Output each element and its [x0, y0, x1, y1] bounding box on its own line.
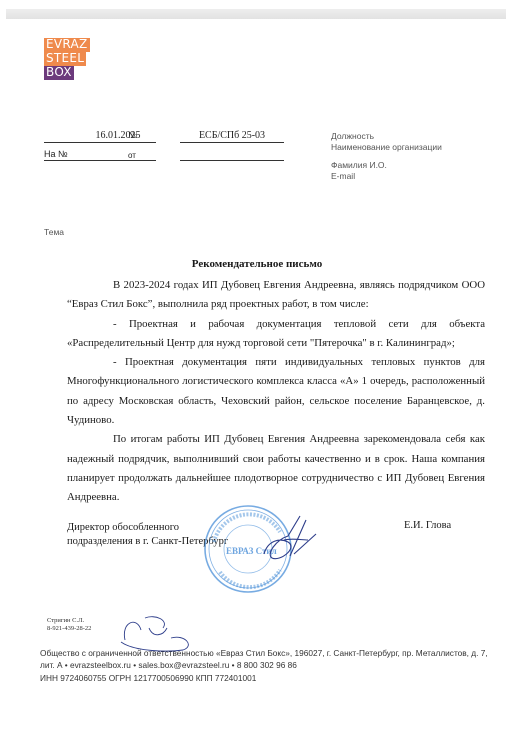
date-underline — [44, 142, 156, 143]
recipient-organization: Наименование организации — [331, 142, 442, 153]
logo-line-evraz: EVRAZ — [44, 38, 90, 52]
footer-contacts: лит. А • evrazsteelbox.ru • sales.box@ev… — [40, 659, 488, 671]
recipient-position: Должность — [331, 131, 442, 142]
number-label: № — [128, 131, 137, 141]
letter-title: Рекомендательное письмо — [0, 258, 514, 270]
letter-body: В 2023-2024 годах ИП Дубовец Евгения Анд… — [67, 276, 485, 508]
recipient-email: E-mail — [331, 171, 442, 182]
footer-registration: ИНН 9724060755 ОГРН 1217700506990 КПП 77… — [40, 672, 488, 684]
from-underline — [180, 160, 284, 161]
number-underline — [180, 142, 284, 143]
logo-line-box: BOX — [44, 66, 74, 80]
company-footer: Общество с ограниченной ответственностью… — [40, 647, 488, 684]
ref-number-underline — [44, 160, 156, 161]
paragraph-item-2: - Проектная документация пяти индивидуал… — [67, 353, 485, 430]
recipient-block: Должность Наименование организации Фамил… — [331, 131, 442, 181]
letter-number: ЕСБ/СПб 25-03 — [180, 130, 284, 141]
paragraph-item-1: - Проектная и рабочая документация тепло… — [67, 315, 485, 354]
company-logo: EVRAZ STEEL BOX — [44, 38, 90, 80]
paragraph-conclusion: По итогам работы ИП Дубовец Евгения Андр… — [67, 430, 485, 507]
subject-label: Тема — [44, 227, 64, 237]
signatory-name: Е.И. Глова — [404, 520, 451, 531]
from-label: от — [128, 151, 136, 160]
letter-date: 16.01.2025 — [78, 130, 158, 141]
executor-phone: 8-921-439-28-22 — [47, 625, 91, 633]
footer-address: Общество с ограниченной ответственностью… — [40, 647, 488, 659]
logo-line-steel: STEEL — [44, 52, 86, 66]
paragraph-intro: В 2023-2024 годах ИП Дубовец Евгения Анд… — [67, 276, 485, 315]
recipient-name: Фамилия И.О. — [331, 160, 442, 171]
executor-block: Стригин С.Л. 8-921-439-28-22 — [47, 617, 91, 633]
ref-number-label: На № — [44, 149, 68, 159]
director-signature-icon — [258, 510, 328, 576]
scan-edge-shadow — [6, 9, 506, 19]
executor-name: Стригин С.Л. — [47, 617, 91, 625]
